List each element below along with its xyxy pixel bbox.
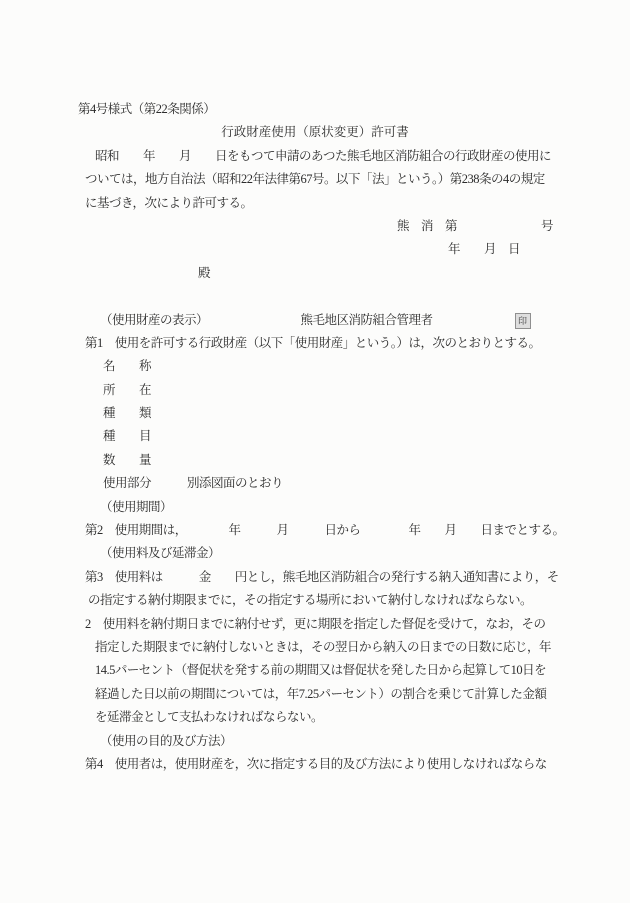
addressee-honorific: 殿 (198, 262, 630, 285)
clause-4: 第4 使用者は，使用財産を，次に指定する目的及び方法により使用しなければならな (85, 753, 630, 776)
field-quantity: 数 量 (103, 449, 630, 472)
form-number-label: 第4号様式（第22条関係） (78, 98, 630, 121)
clause-3-line-1: 第3 使用料は 金 円とし，熊毛地区消防組合の発行する納入通知書により，そ (85, 566, 630, 589)
clause-3-2-line-4: 経過した日以前の期間については，年7.25パーセント）の割合を乗じて計算した金額 (95, 683, 630, 706)
clause-2: 第2 使用期間は， 年 月 日から 年 月 日までとする。 (85, 519, 630, 542)
section-heading-period: （使用期間） (100, 496, 630, 519)
field-category: 種 目 (103, 425, 630, 448)
date-line: 年 月 日 (448, 238, 630, 261)
intro-line-2: ついては，地方自治法（昭和22年法律第67号。以下「法」という。）第238条の4… (85, 168, 630, 191)
document-page: 第4号様式（第22条関係） 行政財産使用（原状変更）許可書 昭和 年 月 日をも… (0, 0, 630, 903)
seal-stamp: 印 (515, 313, 531, 329)
issuer-title: 熊毛地区消防組合管理者 (301, 313, 433, 327)
section-heading-purpose: （使用の目的及び方法） (100, 730, 630, 753)
field-location: 所 在 (103, 379, 630, 402)
issuer-line: 熊毛地区消防組合管理者印 (290, 285, 630, 308)
document-number-line: 熊 消 第 号 (397, 215, 630, 238)
clause-3-2-line-3: 14.5パーセント（督促状を発する前の期間又は督促状を発した日から起算して10日… (95, 659, 630, 682)
document-title: 行政財産使用（原状変更）許可書 (78, 121, 552, 144)
clause-3-2-line-5: を延滞金として支払わなければならない。 (95, 706, 630, 729)
section-heading-fee: （使用料及び延滞金） (100, 542, 630, 565)
intro-line-3: に基づき，次により許可する。 (85, 192, 630, 215)
clause-1: 第1 使用を許可する行政財産（以下「使用財産」という。）は，次のとおりとする。 (85, 332, 630, 355)
intro-line-1: 昭和 年 月 日をもつて申請のあつた熊毛地区消防組合の行政財産の使用に (95, 145, 630, 168)
field-kind: 種 類 (103, 402, 630, 425)
clause-3-2-line-1: 2 使用料を納付期日までに納付せず，更に期限を指定した督促を受けて，なお，その (85, 613, 630, 636)
clause-3-line-2: の指定する納付期限までに，その指定する場所において納付しなければならない。 (88, 589, 630, 612)
field-name: 名 称 (103, 355, 630, 378)
clause-3-2-line-2: 指定した期限までに納付しないときは，その翌日から納入の日までの日数に応じ，年 (95, 636, 630, 659)
field-usage-part: 使用部分 別添図面のとおり (103, 472, 630, 495)
